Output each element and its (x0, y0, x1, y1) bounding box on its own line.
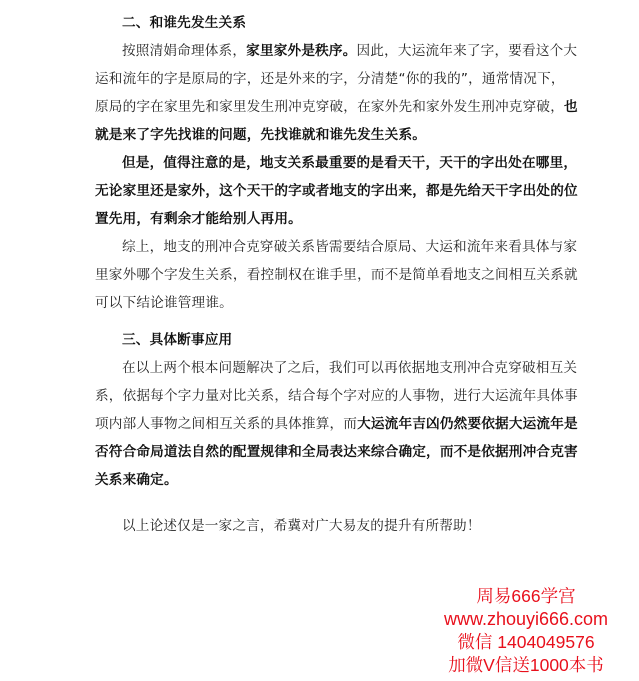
paragraph-line: 但是，值得注意的是，地支关系最重要的是看天干，天干的字出处在哪里， (122, 149, 577, 177)
bold-text: 关系来确定。 (95, 472, 178, 488)
paragraph-line: 就是来了字先找谁的问题，先找谁就和谁先发生关系。 (95, 121, 426, 149)
bold-text: 无论家里还是家外，这个天干的字或者地支的字出来，都是先给天干字出处的位 (95, 183, 578, 199)
paragraph-line: 项内部人事物之间相互关系的具体推算，而大运流年吉凶仍然要依据大运流年是 (95, 410, 578, 438)
paragraph-line: 综上，地支的刑冲合克穿破关系皆需要结合原局、大运和流年来看具体与家 (122, 233, 577, 261)
paragraph-line: 在以上两个根本问题解决了之后，我们可以再依据地支刑冲合克穿破相互关 (122, 354, 577, 382)
watermark-promo: 加微V信送1000本书 (421, 654, 631, 677)
paragraph-line: 里家外哪个字发生关系，看控制权在谁手里，而不是简单看地支之间相互关系就 (95, 261, 578, 289)
bold-text: 而不是依据刑冲合克害 (440, 444, 578, 460)
paragraph-line: 系，依据每个字力量对比关系，结合每个字对应的人事物，进行大运流年具体事 (95, 382, 578, 410)
text: 按照清娟命理体系， (122, 43, 246, 59)
bold-text: 大运流年吉凶仍然要依据大运流年是 (357, 416, 578, 432)
text: 因此，大运流年来了字，要看这个大 (357, 43, 578, 59)
paragraph-line: 运和流年的字是原局的字，还是外来的字，分清楚“你的我的”，通常情况下， (95, 65, 565, 93)
paragraph-line: 无论家里还是家外，这个天干的字或者地支的字出来，都是先给天干字出处的位 (95, 177, 578, 205)
section-heading-2: 二、和谁先发生关系 (122, 9, 246, 37)
paragraph-line: 关系来确定。 (95, 466, 178, 494)
bold-text: 家里家外是秩序。 (246, 43, 356, 59)
bold-text: 但是，值得注意的是，地支关系最重要的是看天干，天干的字出处在哪里， (122, 155, 577, 171)
paragraph-line: 按照清娟命理体系，家里家外是秩序。因此，大运流年来了字，要看这个大 (122, 37, 577, 65)
paragraph-line: 置先用，有剩余才能给别人再用。 (95, 205, 302, 233)
watermark-wechat: 微信 1404049576 (421, 631, 631, 654)
section-heading-3: 三、具体断事应用 (122, 326, 232, 354)
watermark: 周易666学宫 www.zhouyi666.com 微信 1404049576 … (421, 585, 631, 677)
closing-line: 以上论述仅是一家之言，希冀对广大易友的提升有所帮助！ (122, 512, 481, 540)
paragraph-line: 否符合命局道法自然的配置规律和全局表达来综合确定，而不是依据刑冲合克害 (95, 438, 578, 466)
watermark-title: 周易666学宫 (421, 585, 631, 608)
bold-text: 否符合命局道法自然的配置规律和全局表达来综合确定， (95, 444, 440, 460)
paragraph-line: 原局的字在家里先和家里发生刑冲克穿破，在家外先和家外发生刑冲克穿破，也 (95, 93, 578, 121)
watermark-url: www.zhouyi666.com (421, 608, 631, 631)
bold-text: 也 (564, 99, 578, 115)
text: 项内部人事物之间相互关系的具体推算，而 (95, 416, 357, 432)
bold-text: 置先用，有剩余才能给别人再用。 (95, 211, 302, 227)
text: 原局的字在家里先和家里发生刑冲克穿破，在家外先和家外发生刑冲克穿破， (95, 99, 564, 115)
bold-text: 就是来了字先找谁的问题，先找谁就和谁先发生关系。 (95, 127, 426, 143)
paragraph-line: 可以下结论谁管理谁。 (95, 289, 233, 317)
